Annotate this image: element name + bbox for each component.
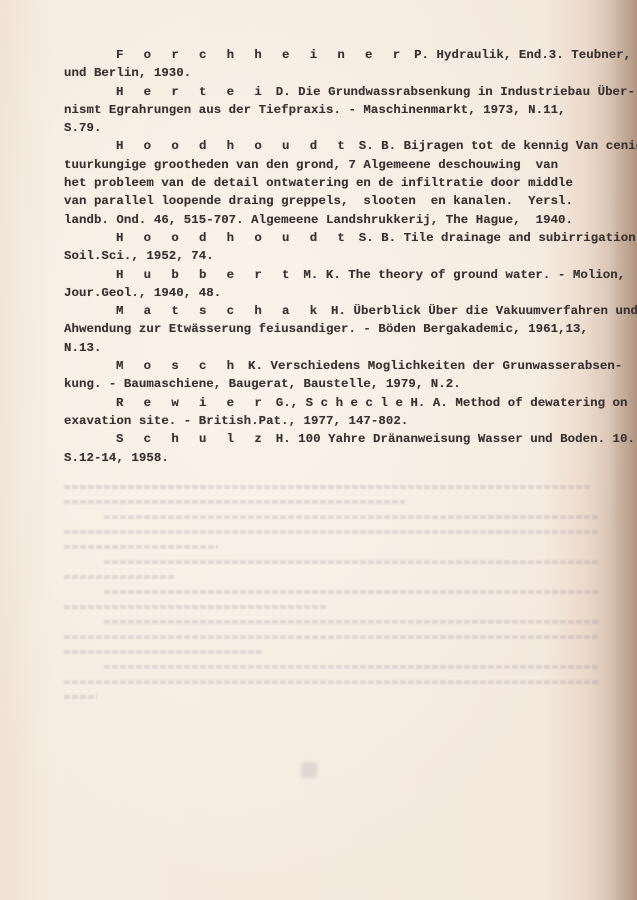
entry-text: H. 100 Yahre Dränanweisung Wasser und Bo… xyxy=(276,432,635,446)
bleed-line xyxy=(64,635,598,639)
entry-continuation-line: exavation site. - British.Pat., 1977, 14… xyxy=(64,412,624,430)
bleed-line xyxy=(64,500,405,504)
bleed-line xyxy=(64,485,592,489)
entry-text: exavation site. - British.Pat., 1977, 14… xyxy=(64,414,408,428)
entry-text: van parallel loopende draing greppels, s… xyxy=(64,194,573,208)
entry-text: het probleem van de detail ontwatering e… xyxy=(64,176,573,190)
entry-continuation-line: S.12-14, 1958. xyxy=(64,449,624,467)
entry-text: K. Verschiedens Moglichkeiten der Grunwa… xyxy=(248,359,622,373)
entry-text: tuurkungige grootheden van den grond, 7 … xyxy=(64,158,558,172)
entry-continuation-line: van parallel loopende draing greppels, s… xyxy=(64,192,624,210)
entry-continuation-line: landb. Ond. 46, 515-707. Algemeene Lands… xyxy=(64,211,624,229)
entry-text: S. B. Tile drainage and subirrigation. - xyxy=(359,231,637,245)
bleed-line xyxy=(64,650,262,654)
bibliography-entry: F o r c h h e i n e r P. Hydraulik, End.… xyxy=(64,46,624,83)
entry-first-line: H o o d h o u d t S. B. Bijragen tot de … xyxy=(64,137,624,155)
entry-continuation-line: Ahwendung zur Etwässerung feiusandiger. … xyxy=(64,320,624,338)
entry-continuation-line: N.13. xyxy=(64,339,624,357)
entry-continuation-line: und Berlin, 1930. xyxy=(64,64,624,82)
entry-text: G., S c h e c l e H. A. Method of dewate… xyxy=(276,396,628,410)
entry-author: H o o d h o u d t xyxy=(116,231,351,245)
entry-text: kung. - Baumaschiene, Baugerat, Baustell… xyxy=(64,377,461,391)
entry-author: H u b b e r t xyxy=(116,268,296,282)
bibliography-entry: H o o d h o u d t S. B. Tile drainage an… xyxy=(64,229,624,266)
bleed-line xyxy=(104,560,599,564)
entry-continuation-line: tuurkungige grootheden van den grond, 7 … xyxy=(64,156,624,174)
bleed-line xyxy=(64,680,598,684)
entry-text: D. Die Grundwassrabsenkung in Industrieb… xyxy=(276,85,635,99)
entry-author: S c h u l z xyxy=(116,432,268,446)
bleed-line xyxy=(64,575,174,579)
entry-author: F o r c h h e i n e r xyxy=(116,48,407,62)
bleed-line xyxy=(104,515,599,519)
bibliography-entry: M a t s c h a k H. Überblick Über die Va… xyxy=(64,302,624,357)
entry-author: R e w i e r xyxy=(116,396,268,410)
entry-continuation-line: Soil.Sci., 1952, 74. xyxy=(64,247,624,265)
entry-continuation-line: kung. - Baumaschiene, Baugerat, Baustell… xyxy=(64,375,624,393)
entry-first-line: M a t s c h a k H. Überblick Über die Va… xyxy=(64,302,624,320)
bibliography-entry: R e w i e r G., S c h e c l e H. A. Meth… xyxy=(64,394,624,431)
entry-author: H o o d h o u d t xyxy=(116,139,351,153)
paper-page: F o r c h h e i n e r P. Hydraulik, End.… xyxy=(0,0,637,900)
entry-text: Soil.Sci., 1952, 74. xyxy=(64,249,214,263)
reverse-side-bleed-through xyxy=(64,478,614,710)
entry-author: H e r t e i xyxy=(116,85,268,99)
bibliography-entry: M o s c h K. Verschiedens Moglichkeiten … xyxy=(64,357,624,394)
entry-text: Ahwendung zur Etwässerung feiusandiger. … xyxy=(64,322,588,336)
entry-continuation-line: Jour.Geol., 1940, 48. xyxy=(64,284,624,302)
bleed-line xyxy=(104,665,599,669)
bleed-line xyxy=(64,695,97,699)
entry-author: M o s c h xyxy=(116,359,241,373)
entry-text: H. Überblick Über die Vakuumverfahren un… xyxy=(331,304,637,318)
entry-text: M. K. The theory of ground water. - Moli… xyxy=(303,268,625,282)
bibliography-entry: H u b b e r t M. K. The theory of ground… xyxy=(64,266,624,303)
bibliography-entry: H e r t e i D. Die Grundwassrabsenkung i… xyxy=(64,83,624,138)
bleed-line xyxy=(64,530,598,534)
entry-author: M a t s c h a k xyxy=(116,304,324,318)
entry-text: nismt Egrahrungen aus der Tiefpraxis. - … xyxy=(64,103,566,117)
entry-first-line: M o s c h K. Verschiedens Moglichkeiten … xyxy=(64,357,624,375)
entry-text: N.13. xyxy=(64,341,101,355)
entry-first-line: F o r c h h e i n e r P. Hydraulik, End.… xyxy=(64,46,624,64)
entry-text: S.12-14, 1958. xyxy=(64,451,169,465)
entry-first-line: H o o d h o u d t S. B. Tile drainage an… xyxy=(64,229,624,247)
entry-first-line: S c h u l z H. 100 Yahre Dränanweisung W… xyxy=(64,430,624,448)
entry-text: P. Hydraulik, End.3. Teubner, Leipzig xyxy=(414,48,637,62)
page-number-bleed-through xyxy=(301,762,317,778)
entry-first-line: H e r t e i D. Die Grundwassrabsenkung i… xyxy=(64,83,624,101)
bibliography-entry: H o o d h o u d t S. B. Bijragen tot de … xyxy=(64,137,624,228)
bibliography-entry: S c h u l z H. 100 Yahre Dränanweisung W… xyxy=(64,430,624,467)
bleed-line xyxy=(104,620,599,624)
bibliography-text: F o r c h h e i n e r P. Hydraulik, End.… xyxy=(64,46,624,467)
bleed-line xyxy=(64,545,218,549)
bleed-line xyxy=(104,590,599,594)
entry-continuation-line: het probleem van de detail ontwatering e… xyxy=(64,174,624,192)
entry-first-line: R e w i e r G., S c h e c l e H. A. Meth… xyxy=(64,394,624,412)
entry-text: S.79. xyxy=(64,121,101,135)
entry-text: Jour.Geol., 1940, 48. xyxy=(64,286,221,300)
entry-text: S. B. Bijragen tot de kennig Van cenige … xyxy=(359,139,637,153)
entry-first-line: H u b b e r t M. K. The theory of ground… xyxy=(64,266,624,284)
bleed-line xyxy=(64,605,328,609)
entry-text: und Berlin, 1930. xyxy=(64,66,191,80)
entry-continuation-line: nismt Egrahrungen aus der Tiefpraxis. - … xyxy=(64,101,624,119)
entry-text: landb. Ond. 46, 515-707. Algemeene Lands… xyxy=(64,213,573,227)
entry-continuation-line: S.79. xyxy=(64,119,624,137)
